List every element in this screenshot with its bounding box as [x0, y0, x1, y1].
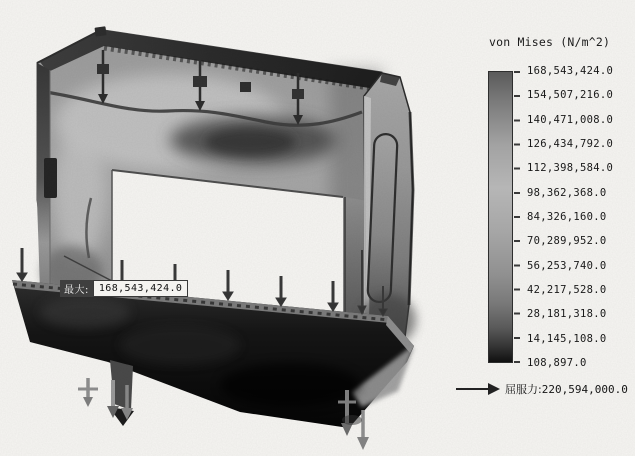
- yield-strength-label: 屈服力:: [505, 383, 542, 396]
- stress-colorbar: [488, 71, 513, 363]
- yield-arrow-icon: [456, 382, 500, 396]
- tick-label: 154,507,216.0: [527, 88, 613, 102]
- colorbar-tick-labels: 168,543,424.0 154,507,216.0 140,471,008.…: [527, 64, 613, 370]
- tick-label: 126,434,792.0: [527, 137, 613, 151]
- tick-label: 108,897.0: [527, 356, 613, 370]
- fea-figure: 最大: 168,543,424.0 von Mises (N/m^2) 168,…: [0, 0, 635, 456]
- tick-label: 112,398,584.0: [527, 161, 613, 175]
- tick-label: 140,471,008.0: [527, 113, 613, 127]
- tick-label: 168,543,424.0: [527, 64, 613, 78]
- tick-label: 14,145,108.0: [527, 332, 613, 346]
- tick-label: 56,253,740.0: [527, 259, 613, 273]
- colorbar-tick-marks: [514, 71, 520, 364]
- max-annotation-value: 168,543,424.0: [93, 280, 188, 297]
- tick-label: 70,289,952.0: [527, 234, 613, 248]
- max-annotation-label: 最大:: [60, 280, 93, 297]
- legend-title: von Mises (N/m^2): [489, 35, 610, 49]
- yield-strength-value: 220,594,000.0: [542, 383, 628, 396]
- yield-strength-row: 屈服力:220,594,000.0: [456, 381, 628, 397]
- max-stress-annotation: 最大: 168,543,424.0: [60, 280, 188, 297]
- tick-label: 98,362,368.0: [527, 186, 613, 200]
- tick-label: 42,217,528.0: [527, 283, 613, 297]
- tick-label: 84,326,160.0: [527, 210, 613, 224]
- tick-label: 28,181,318.0: [527, 307, 613, 321]
